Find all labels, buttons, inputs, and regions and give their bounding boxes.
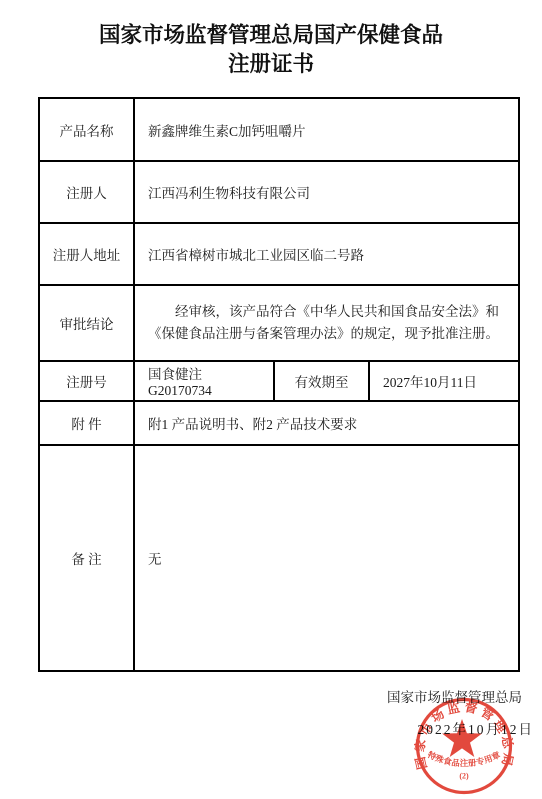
table-row-registration-number: 注册号 国食健注G20170734 有效期至 2027年10月11日 (39, 361, 519, 401)
seal-bottom-text: 特殊食品注册专用章 (426, 749, 502, 768)
certificate-table: 产品名称 新鑫牌维生素C加钙咀嚼片 注册人 江西冯利生物科技有限公司 注册人地址… (38, 97, 520, 672)
approval-conclusion-label: 审批结论 (39, 285, 134, 361)
approval-conclusion-text: 经审核，该产品符合《中华人民共和国食品安全法》和《保健食品注册与备案管理办法》的… (148, 301, 510, 345)
registration-number-label: 注册号 (39, 361, 134, 401)
product-name-value: 新鑫牌维生素C加钙咀嚼片 (134, 98, 519, 161)
certificate-title: 国家市场监督管理总局国产保健食品 注册证书 (0, 0, 542, 79)
table-row-product-name: 产品名称 新鑫牌维生素C加钙咀嚼片 (39, 98, 519, 161)
seal-ring (418, 700, 511, 793)
remarks-label: 备 注 (39, 445, 134, 671)
registrant-label: 注册人 (39, 161, 134, 223)
seal-number: (2) (459, 772, 469, 781)
product-name-label: 产品名称 (39, 98, 134, 161)
approval-conclusion-value: 经审核，该产品符合《中华人民共和国食品安全法》和《保健食品注册与备案管理办法》的… (134, 285, 519, 361)
table-row-attachments: 附 件 附1 产品说明书、附2 产品技术要求 (39, 401, 519, 445)
official-seal-graphic: 国家市场监督管理总局 特殊食品注册专用章 (2) (414, 696, 514, 796)
registrant-address-label: 注册人地址 (39, 223, 134, 285)
table-row-remarks: 备 注 无 (39, 445, 519, 671)
attachments-value: 附1 产品说明书、附2 产品技术要求 (134, 401, 519, 445)
registrant-address-value: 江西省樟树市城北工业园区临二号路 (134, 223, 519, 285)
table-row-registrant-address: 注册人地址 江西省樟树市城北工业园区临二号路 (39, 223, 519, 285)
official-seal: 国家市场监督管理总局 特殊食品注册专用章 (2) (414, 696, 514, 796)
valid-until-value: 2027年10月11日 (369, 361, 519, 401)
issuing-authority: 国家市场监督管理总局 (387, 686, 522, 706)
table-row-approval-conclusion: 审批结论 经审核，该产品符合《中华人民共和国食品安全法》和《保健食品注册与备案管… (39, 285, 519, 361)
certificate-title-line2: 注册证书 (0, 50, 542, 79)
registrant-value: 江西冯利生物科技有限公司 (134, 161, 519, 223)
remarks-value: 无 (134, 445, 519, 671)
issue-date: 2022年10月12日 (418, 718, 535, 738)
certificate-title-line1: 国家市场监督管理总局国产保健食品 (0, 21, 542, 50)
valid-until-label: 有效期至 (274, 361, 369, 401)
attachments-label: 附 件 (39, 401, 134, 445)
table-row-registrant: 注册人 江西冯利生物科技有限公司 (39, 161, 519, 223)
certificate-page: 国家市场监督管理总局国产保健食品 注册证书 产品名称 新鑫牌维生素C加钙咀嚼片 … (0, 0, 542, 799)
registration-number-value: 国食健注G20170734 (134, 361, 274, 401)
